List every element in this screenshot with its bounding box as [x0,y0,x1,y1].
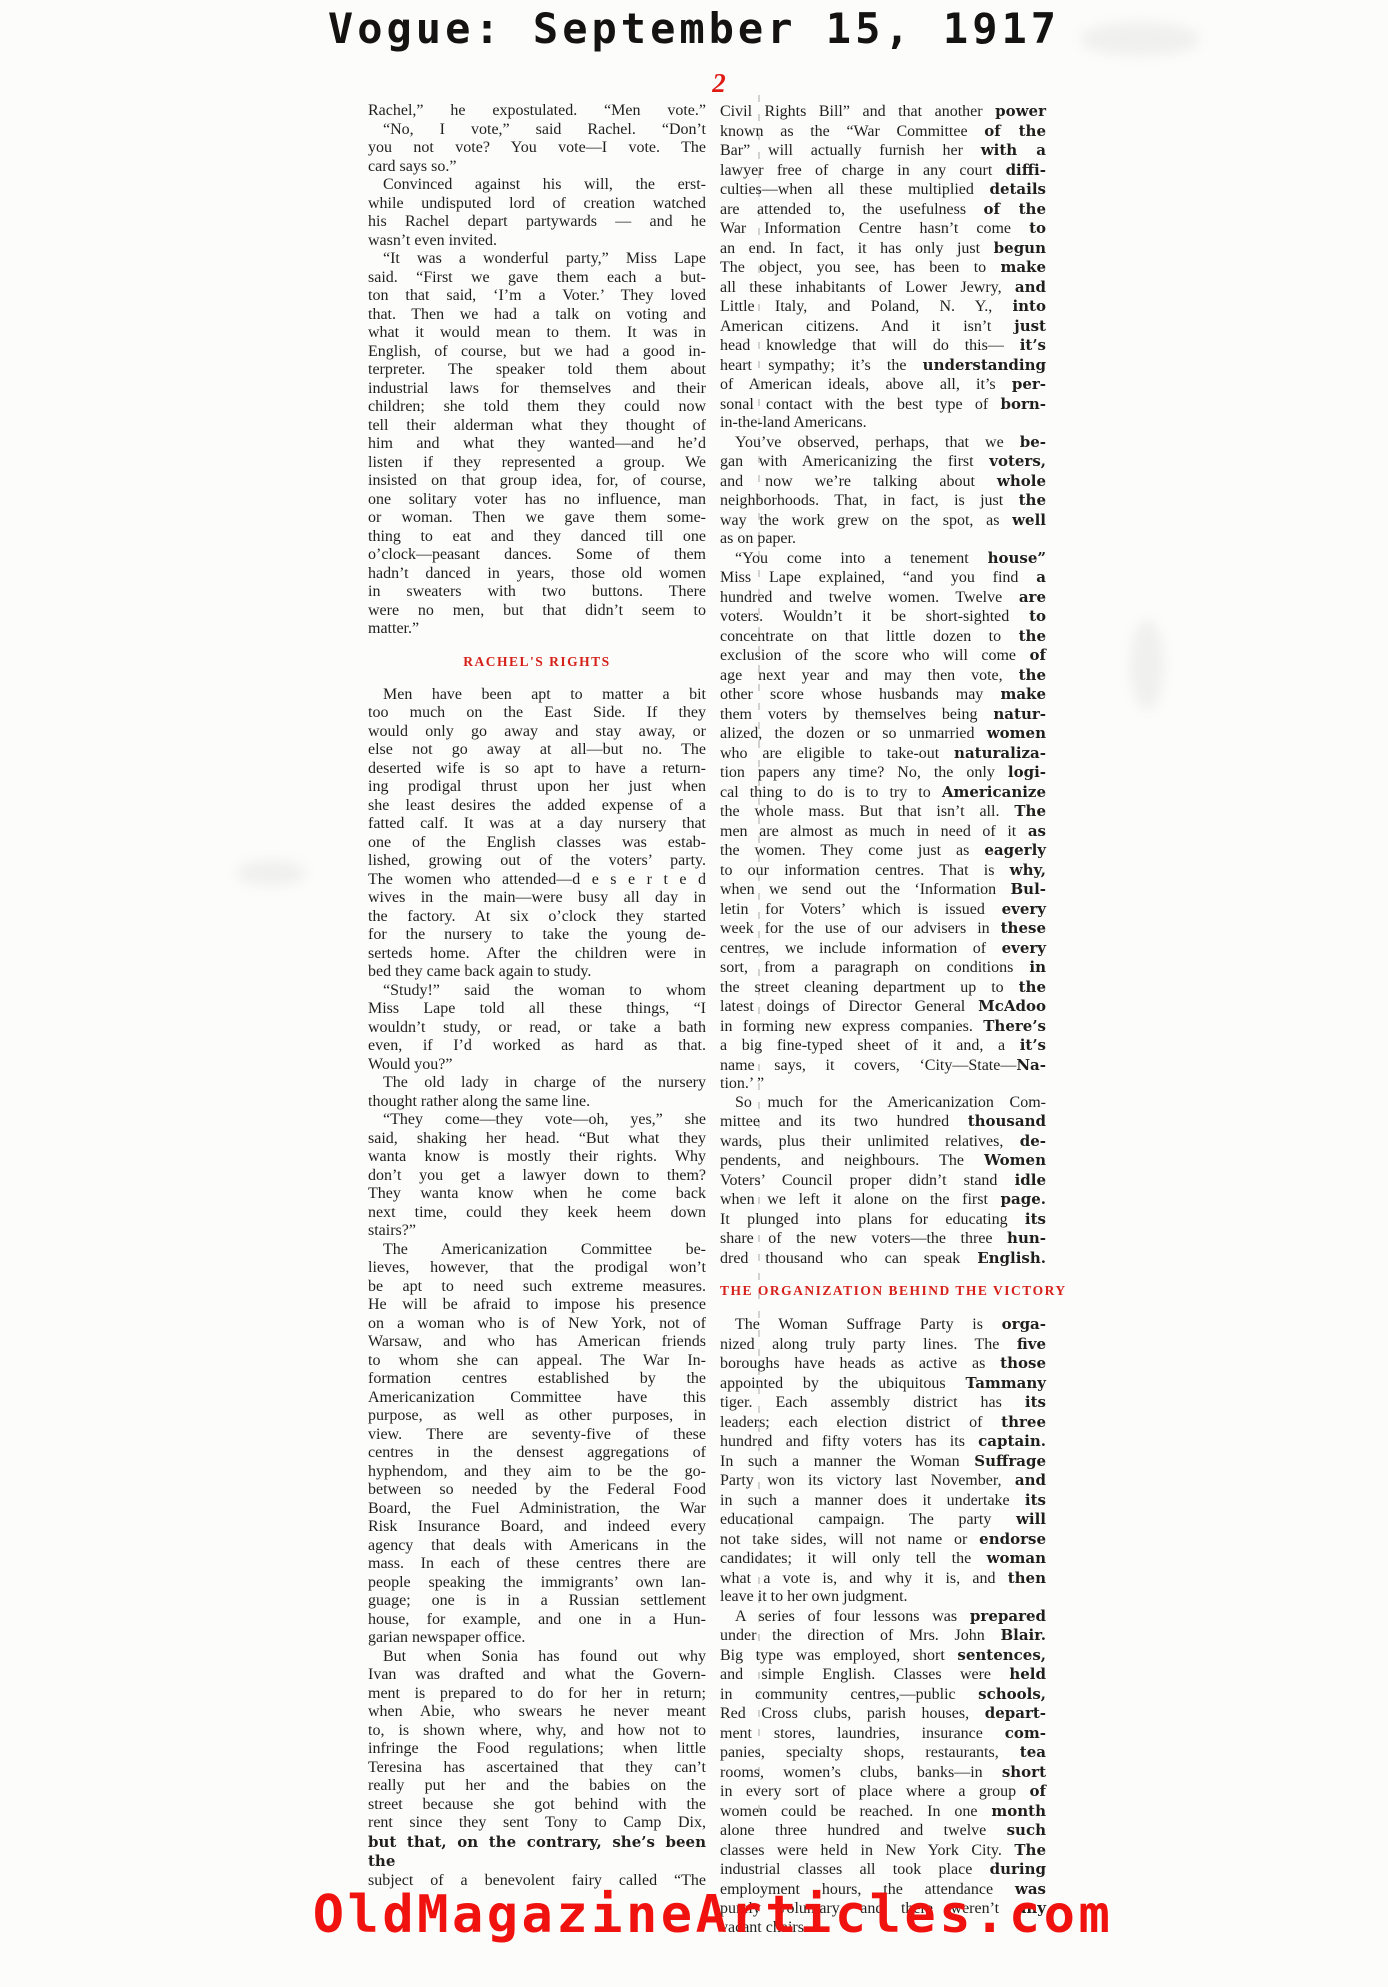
retyped-bold-text: schools, [978,1685,1046,1703]
body-text: So much for the Americanization Com- [735,1094,1046,1111]
text-line: English, of course, but we had a good in… [368,343,706,362]
retyped-bold-text: the [1019,666,1046,684]
text-line: leaders; each election district of three [720,1413,1046,1433]
retyped-bold-text: born- [1000,395,1046,413]
text-line: classes were held in New York City. The [720,1841,1046,1861]
text-line: said, shaking her head. “But what they [368,1130,706,1149]
body-text: appointed by the ubiquitous [720,1375,965,1392]
body-text: Miss Lape told all these things, “I [368,1000,706,1017]
body-text: heart sympathy; it’s the [720,357,923,374]
retyped-bold-text: it’s [1020,336,1046,354]
retyped-bold-text: depart- [985,1704,1046,1722]
text-line: Men have been apt to matter a bit [368,686,706,705]
text-line: The object, you see, has been to make [720,258,1046,278]
body-text: Warsaw, and who has American friends [368,1333,706,1350]
body-text: street because she got behind with the [368,1796,706,1813]
body-text: candidates; it will only tell the [720,1550,987,1567]
body-text: Risk Insurance Board, and indeed every [368,1518,706,1535]
text-line: all these inhabitants of Lower Jewry, an… [720,278,1046,298]
body-text: who are eligible to take-out [720,745,954,762]
body-text: Rachel,” he expostulated. “Men vote.” [368,102,706,119]
text-line: centres in the densest aggregations of [368,1444,706,1463]
retyped-bold-text: as [1028,822,1046,840]
retyped-bold-text: of [1030,646,1046,664]
text-line: cal thing to do is to try to Americanize [720,783,1046,803]
retyped-bold-text: orga- [1002,1315,1046,1333]
text-line: tell their alderman what they thought of [368,417,706,436]
body-text: ing prodigal thrust upon her just when [368,778,706,795]
retyped-bold-text: its [1025,1393,1046,1411]
body-text: “No, I vote,” said Rachel. “Don’t [383,121,706,138]
section-heading: THE ORGANIZATION BEHIND THE VICTORY [720,1283,1046,1299]
text-line: the factory. At six o’clock they started [368,908,706,927]
body-text: in sweaters with two buttons. There [368,583,706,600]
text-line: heart sympathy; it’s the understanding [720,356,1046,376]
retyped-bold-text: held [1009,1665,1046,1683]
text-line: Board, the Fuel Administration, the War [368,1500,706,1519]
body-text: War Information Centre hasn’t come [720,220,1029,237]
text-line: Party won its victory last November, and [720,1471,1046,1491]
retyped-bold-text: during [990,1860,1046,1878]
text-line: leave it to her own judgment. [720,1588,1046,1607]
body-text: what a vote is, and why it is, and [720,1570,1008,1587]
paragraph: So much for the Americanization Com-mitt… [720,1094,1046,1269]
body-text: said, shaking her head. “But what they [368,1130,706,1147]
text-line: wanta know is mostly their rights. Why [368,1148,706,1167]
body-text: garian newspaper office. [368,1629,525,1646]
text-line: alized, the dozen or so unmarried women [720,724,1046,744]
text-line: “You come into a tenement house” [720,549,1046,569]
retyped-bold-text: it’s [1020,1036,1046,1054]
body-text: the whole mass. But that isn’t all. [720,803,1014,820]
body-text: sonal contact with the best type of [720,396,1000,413]
body-text: The Americanization Committee be- [383,1241,706,1258]
text-line: Voters’ Council proper didn’t stand idle [720,1171,1046,1191]
body-text: deserted wife is so apt to have a return… [368,760,706,777]
body-text: sort, from a paragraph on conditions [720,959,1029,976]
body-text: him and what they wanted—and he’d [368,435,706,452]
body-text: ton that said, ‘I’m a Voter.’ They loved [368,287,706,304]
retyped-bold-text: those [1000,1354,1046,1372]
body-text: when we left it alone on the first [720,1191,1001,1208]
text-line: o’clock—peasant dances. Some of them [368,546,706,565]
body-text: ment is prepared to do for her in return… [368,1685,706,1702]
body-text: next time, could they keek heem down [368,1204,706,1221]
text-line: exclusion of the score who will come of [720,646,1046,666]
text-line: street because she got behind with the [368,1796,706,1815]
text-line: children; she told them they could now [368,398,706,417]
text-line: really put her and the babies on the [368,1777,706,1796]
body-text: wasn’t even invited. [368,232,497,249]
text-line: head knowledge that will do this— it’s [720,336,1046,356]
body-text: You’ve observed, perhaps, that we [735,434,1020,451]
paragraph: Rachel,” he expostulated. “Men vote.” [368,102,706,121]
text-line: industrial laws for themselves and their [368,380,706,399]
retyped-bold-text: to [1029,219,1046,237]
text-line: you not vote? You vote—I vote. The [368,139,706,158]
body-text: panies, specialty shops, restaurants, [720,1744,1020,1761]
body-text: alized, the dozen or so unmarried [720,725,987,742]
text-line: wasn’t even invited. [368,232,706,251]
retyped-bold-text: endorse [979,1530,1046,1548]
magazine-masthead: Vogue: September 15, 1917 [0,8,1388,50]
body-text: in community centres,—public [720,1686,978,1703]
body-text: cal thing to do is to try to [720,784,942,801]
body-text: hundred and fifty voters has its [720,1433,978,1450]
text-line: educational campaign. The party will [720,1510,1046,1530]
text-line: rent since they sent Tony to Camp Dix, [368,1814,706,1833]
text-line: wives in the main—were busy all day in [368,889,706,908]
retyped-bold-text: hun- [1007,1229,1046,1247]
retyped-bold-text: Blair. [1000,1626,1046,1644]
body-text: Convinced against his will, the erst- [383,176,706,193]
text-line: or woman. Then we gave them some- [368,509,706,528]
text-line: tion.’ ” [720,1075,1046,1094]
text-line: were no men, but that didn’t seem to [368,602,706,621]
body-text: Miss Lape explained, “and you find [720,569,1036,586]
text-line: War Information Centre hasn’t come to [720,219,1046,239]
text-line: when we left it alone on the first page. [720,1190,1046,1210]
body-text: nized along truly party lines. The [720,1336,1017,1353]
text-line: the street cleaning department up to the [720,978,1046,998]
text-line: gan with Americanizing the first voters, [720,452,1046,472]
text-line: Teresina has ascertained that they can’t [368,1759,706,1778]
text-line: wouldn’t study, or read, or take a bath [368,1019,706,1038]
retyped-bold-text: but that, on the contrary, she’s been th… [368,1833,706,1871]
paragraph: “You come into a tenement house”Miss Lap… [720,549,1046,1094]
retyped-bold-text: just [1014,317,1046,335]
body-text: bed they came back again to study. [368,963,591,980]
text-line: Red Cross clubs, parish houses, depart- [720,1704,1046,1724]
text-line: but that, on the contrary, she’s been th… [368,1833,706,1872]
text-line: week for the use of our advisers in thes… [720,919,1046,939]
text-line: wards, plus their unlimited relatives, d… [720,1132,1046,1152]
retyped-bold-text: prepared [970,1607,1046,1625]
body-text: American citizens. And it isn’t [720,318,1014,335]
body-text: culties—when all these multiplied [720,181,989,198]
text-line: name says, it covers, ‘City—State—Na- [720,1056,1046,1076]
text-line: in such a manner does it undertake its [720,1491,1046,1511]
text-line: “It was a wonderful party,” Miss Lape [368,250,706,269]
text-line: hyphendom, and they aim to be the go- [368,1463,706,1482]
paragraph: But when Sonia has found out whyIvan was… [368,1648,706,1891]
text-line: stairs?” [368,1222,706,1241]
retyped-bold-text: be- [1020,433,1046,451]
body-text: Men have been apt to matter a bit [383,686,706,703]
text-line: rooms, women’s clubs, banks—in short [720,1763,1046,1783]
body-text: a big fine-typed sheet of it and, a [720,1037,1020,1054]
text-line: other score whose husbands may make [720,685,1046,705]
text-line: in forming new express companies. There’… [720,1017,1046,1037]
text-line: deserted wife is so apt to have a return… [368,760,706,779]
retyped-bold-text: of the [984,200,1047,218]
body-text: matter.” [368,620,419,637]
body-text: lished, growing out of the voters’ party… [368,852,706,869]
text-line: him and what they wanted—and he’d [368,435,706,454]
retyped-bold-text: naturaliza- [954,744,1046,762]
text-line: In such a manner the Woman Suffrage [720,1452,1046,1472]
body-text: mass. In each of these centres there are [368,1555,706,1572]
text-line: sort, from a paragraph on conditions in [720,958,1046,978]
body-text: the street cleaning department up to [720,979,1019,996]
body-text: between so needed by the Federal Food [368,1481,706,1498]
body-text: wouldn’t study, or read, or take a bath [368,1019,706,1036]
body-text: The women who attended—d e s e r t e d [368,871,706,888]
body-text: in every sort of place where a group [720,1783,1030,1800]
paragraph: You’ve observed, perhaps, that we be-gan… [720,433,1046,549]
retyped-bold-text: then [1008,1569,1046,1587]
retyped-bold-text: English. [977,1249,1046,1267]
text-line: too much on the East Side. If they [368,704,706,723]
body-text: letin for Voters’ which is issued [720,901,1002,918]
body-text: voters. Wouldn’t it be short-sighted [720,608,1029,625]
paragraph: The old lady in charge of the nurserytho… [368,1074,706,1111]
body-text: They wanta know when he come back [368,1185,706,1202]
body-text: name says, it covers, ‘City—State— [720,1057,1016,1074]
body-text: hundred and twelve women. Twelve [720,589,1019,606]
retyped-bold-text: month [991,1802,1046,1820]
body-text: Americanization Committee have this [368,1389,706,1406]
body-text: Voters’ Council proper didn’t stand [720,1172,1015,1189]
body-text: women could be reached. In one [720,1803,991,1820]
body-text: house, for example, and one in a Hun- [368,1611,706,1628]
body-text: the women. They come just as [720,842,984,859]
body-text: men are almost as much in need of it [720,823,1028,840]
body-text: guage; one is in a Russian settlement [368,1592,706,1609]
text-line: sonal contact with the best type of born… [720,395,1046,415]
paragraph: “Study!” said the woman to whomMiss Lape… [368,982,706,1075]
retyped-bold-text: a [1036,568,1046,586]
body-text: the factory. At six o’clock they started [368,908,706,925]
text-line: purpose, as well as other purposes, in [368,1407,706,1426]
body-text: as on paper. [720,530,796,547]
text-line: Civil Rights Bill” and that another powe… [720,102,1046,122]
text-line: would only go away and stay away, or [368,723,706,742]
text-line: bed they came back again to study. [368,963,706,982]
text-line: thing to eat and they danced till one [368,528,706,547]
retyped-bold-text: well [1012,511,1046,529]
text-line: hadn’t danced in years, those old women [368,565,706,584]
body-text: when we send out the ‘Information [720,881,1010,898]
body-text: boroughs have heads as active as [720,1355,1000,1372]
body-text: them voters by themselves being [720,706,993,723]
body-text: and now we’re talking about [720,473,997,490]
body-text: hyphendom, and they aim to be the go- [368,1463,706,1480]
body-text: in forming new express companies. [720,1018,983,1035]
text-line: lieves, however, that the prodigal won’t [368,1259,706,1278]
body-text: what it would mean to them. It was in [368,324,706,341]
body-text: share of the new voters—the three [720,1230,1007,1247]
retyped-bold-text: of the [984,122,1046,140]
retyped-bold-text: Suffrage [974,1452,1046,1470]
text-line: mass. In each of these centres there are [368,1555,706,1574]
body-text: that. Then we had a talk on voting and [368,306,706,323]
text-line: even, if I’d worked as hard as that. [368,1037,706,1056]
text-line: women could be reached. In one month [720,1802,1046,1822]
text-line: neighborhoods. That, in fact, is just th… [720,491,1046,511]
body-text: for the nursery to take the young de- [368,926,706,943]
body-text: one solitary voter has no influence, man [368,491,706,508]
text-line: else not go away at all—but no. The [368,741,706,760]
text-line: centres, we include information of every [720,939,1046,959]
body-text: Would you?” [368,1056,452,1073]
retyped-bold-text: details [989,180,1046,198]
text-line: guage; one is in a Russian settlement [368,1592,706,1611]
body-text: insisted on that group idea, for, of cou… [368,472,706,489]
body-text: dred thousand who can speak [720,1250,977,1267]
body-text: his Rachel depart partywards — and he [368,213,706,230]
text-line: as on paper. [720,530,1046,549]
body-text: Teresina has ascertained that they can’t [368,1759,706,1776]
retyped-bold-text: whole [997,472,1046,490]
retyped-bold-text: com- [1005,1724,1046,1742]
body-text: other score whose husbands may [720,686,1000,703]
text-line: between so needed by the Federal Food [368,1481,706,1500]
article-column-right: Civil Rights Bill” and that another powe… [720,102,1046,1937]
text-line: a big fine-typed sheet of it and, a it’s [720,1036,1046,1056]
text-line: ton that said, ‘I’m a Voter.’ They loved [368,287,706,306]
body-text: you not vote? You vote—I vote. The [368,139,706,156]
body-text: But when Sonia has found out why [383,1648,706,1665]
body-text: agency that deals with Americans in the [368,1537,706,1554]
body-text: fatted calf. It was at a day nursery tha… [368,815,706,832]
text-line: who are eligible to take-out naturaliza- [720,744,1046,764]
body-text: centres in the densest aggregations of [368,1444,706,1461]
retyped-bold-text: The [1014,1841,1046,1859]
article-column-left: Rachel,” he expostulated. “Men vote.”“No… [368,102,706,1890]
text-line: tiger. Each assembly district has its [720,1393,1046,1413]
body-text: head knowledge that will do this— [720,337,1020,354]
body-text: rent since they sent Tony to Camp Dix, [368,1814,706,1831]
text-line: Rachel,” he expostulated. “Men vote.” [368,102,706,121]
body-text: He will be afraid to impose his presence [368,1296,706,1313]
text-line: Risk Insurance Board, and indeed every [368,1518,706,1537]
body-text: week for the use of our advisers in [720,920,1001,937]
body-text: else not go away at all—but no. The [368,741,706,758]
body-text: classes were held in New York City. [720,1842,1014,1859]
retyped-bold-text: its [1025,1491,1046,1509]
text-line: garian newspaper office. [368,1629,706,1648]
body-text: to our information centres. That is [720,862,1010,879]
text-line: Ivan was drafted and what the Govern- [368,1666,706,1685]
retyped-bold-text: women [987,724,1046,742]
body-text: lawyer free of charge in any court [720,162,1006,179]
text-line: when Abie, who swears he never meant [368,1703,706,1722]
text-line: nized along truly party lines. The five [720,1335,1046,1355]
text-line: The old lady in charge of the nursery [368,1074,706,1093]
body-text: concentrate on that little dozen to [720,628,1019,645]
text-line: for the nursery to take the young de- [368,926,706,945]
text-line: “Study!” said the woman to whom [368,982,706,1001]
body-text: infringe the Food regulations; when litt… [368,1740,706,1757]
body-text: age next year and may then vote, [720,667,1019,684]
text-line: she least desires the added expense of a [368,797,706,816]
body-text: not take sides, will not name or [720,1531,979,1548]
text-line: But when Sonia has found out why [368,1648,706,1667]
text-line: agency that deals with Americans in the [368,1537,706,1556]
body-text: to whom she can appeal. The War In- [368,1352,706,1369]
body-text: don’t you get a lawyer down to them? [368,1167,706,1184]
body-text: view. There are seventy-five of these [368,1426,706,1443]
retyped-bold-text: McAdoo [978,997,1046,1015]
body-text: rooms, women’s clubs, banks—in [720,1764,1002,1781]
body-text: pendents, and neighbours. The [720,1152,984,1169]
body-text: tion papers any time? No, the only [720,764,1008,781]
page-number: 2 [712,70,726,97]
text-line: them voters by themselves being natur- [720,705,1046,725]
text-line: Would you?” [368,1056,706,1075]
retyped-bold-text: Bul- [1010,880,1046,898]
retyped-bold-text: will [1016,1510,1046,1528]
body-text: are attended to, the usefulness [720,201,984,218]
text-line: in every sort of place where a group of [720,1782,1046,1802]
paragraph: Men have been apt to matter a bittoo muc… [368,686,706,982]
text-line: people speaking the immigrants’ own lan- [368,1574,706,1593]
body-text: one of the English classes was estab- [368,834,706,851]
body-text: leaders; each election district of [720,1414,1001,1431]
retyped-bold-text: house” [988,549,1046,567]
retyped-bold-text: its [1025,1210,1046,1228]
text-line: mittee and its two hundred thousand [720,1112,1046,1132]
text-line: latest doings of Director General McAdoo [720,997,1046,1017]
text-line: matter.” [368,620,706,639]
body-text: of American ideals, above all, it’s [720,376,1012,393]
text-line: age next year and may then vote, the [720,666,1046,686]
text-line: what a vote is, and why it is, and then [720,1569,1046,1589]
retyped-bold-text: and [1015,278,1046,296]
body-text: an end. In fact, it has only just [720,240,994,257]
body-text: mittee and its two hundred [720,1113,968,1130]
body-text: educational campaign. The party [720,1511,1016,1528]
retyped-bold-text: with a [981,141,1046,159]
paragraph: “It was a wonderful party,” Miss Lapesai… [368,250,706,639]
text-line: view. There are seventy-five of these [368,1426,706,1445]
body-text: on a woman who is of New York, not of [368,1315,706,1332]
retyped-bold-text: into [1012,297,1046,315]
text-line: ment stores, laundries, insurance com- [720,1724,1046,1744]
text-line: and now we’re talking about whole [720,472,1046,492]
retyped-bold-text: why, [1010,861,1046,879]
text-line: his Rachel depart partywards — and he [368,213,706,232]
text-line: thought rather along the same line. [368,1093,706,1112]
text-line: of American ideals, above all, it’s per- [720,375,1046,395]
scan-smudge [236,860,306,886]
retyped-bold-text: three [1001,1413,1046,1431]
text-line: Little Italy, and Poland, N. Y., into [720,297,1046,317]
body-text: while undisputed lord of creation watche… [368,195,706,212]
site-watermark: OldMagazineArticles.com [313,1889,1114,1941]
text-line: and simple English. Classes were held [720,1665,1046,1685]
text-line: to whom she can appeal. The War In- [368,1352,706,1371]
text-line: hundred and fifty voters has its captain… [720,1432,1046,1452]
body-text: serteds home. After the children were in [368,945,706,962]
body-text: tion.’ ” [720,1075,764,1092]
text-line: They wanta know when he come back [368,1185,706,1204]
text-line: insisted on that group idea, for, of cou… [368,472,706,491]
paragraph: Convinced against his will, the erst-whi… [368,176,706,250]
body-text: Red Cross clubs, parish houses, [720,1705,985,1722]
text-line: be apt to need such extreme measures. [368,1278,706,1297]
body-text: children; she told them they could now [368,398,706,415]
body-text: “You come into a tenement [735,550,988,567]
body-text: exclusion of the score who will come [720,647,1030,664]
text-line: dred thousand who can speak English. [720,1249,1046,1269]
body-text: The Woman Suffrage Party is [735,1316,1002,1333]
text-line: known as the “War Committee of the [720,122,1046,142]
body-text: thing to eat and they danced till one [368,528,706,545]
body-text: Ivan was drafted and what the Govern- [368,1666,706,1683]
text-line: in-the-land Americans. [720,414,1046,433]
